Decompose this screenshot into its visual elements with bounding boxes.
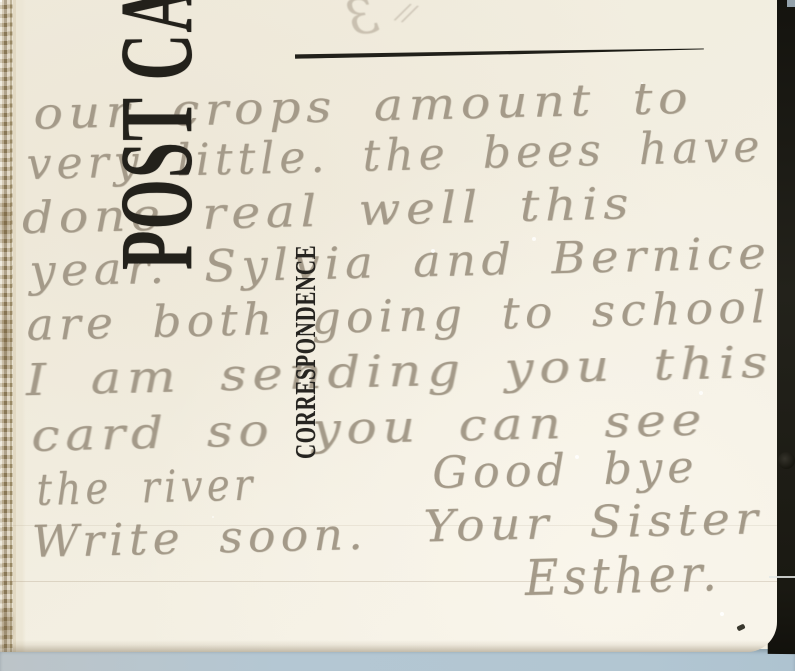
scanner-background-band [0, 649, 795, 671]
message-line: I am sending you this [25, 341, 773, 403]
message-line: Good bye [432, 446, 699, 496]
white-speck [720, 612, 724, 616]
edge-scratch [769, 576, 795, 578]
message-line: Write soon. [31, 513, 368, 565]
message-line: Your Sister [423, 497, 764, 549]
edge-bump [778, 452, 795, 469]
message-line: Esther. [524, 548, 721, 603]
postcard-scan: our crops amount tovery little. the bees… [0, 0, 795, 671]
crease-line [0, 525, 777, 526]
scan-dust [0, 0, 2, 2]
postcard-back: our crops amount tovery little. the bees… [0, 0, 777, 652]
crease-line [0, 581, 777, 582]
post-card-heading: POST CA [114, 0, 199, 270]
scanner-corner [787, 0, 795, 7]
correspondence-label: CORRESPONDENCE [291, 245, 323, 459]
message-line: the river [36, 464, 257, 513]
